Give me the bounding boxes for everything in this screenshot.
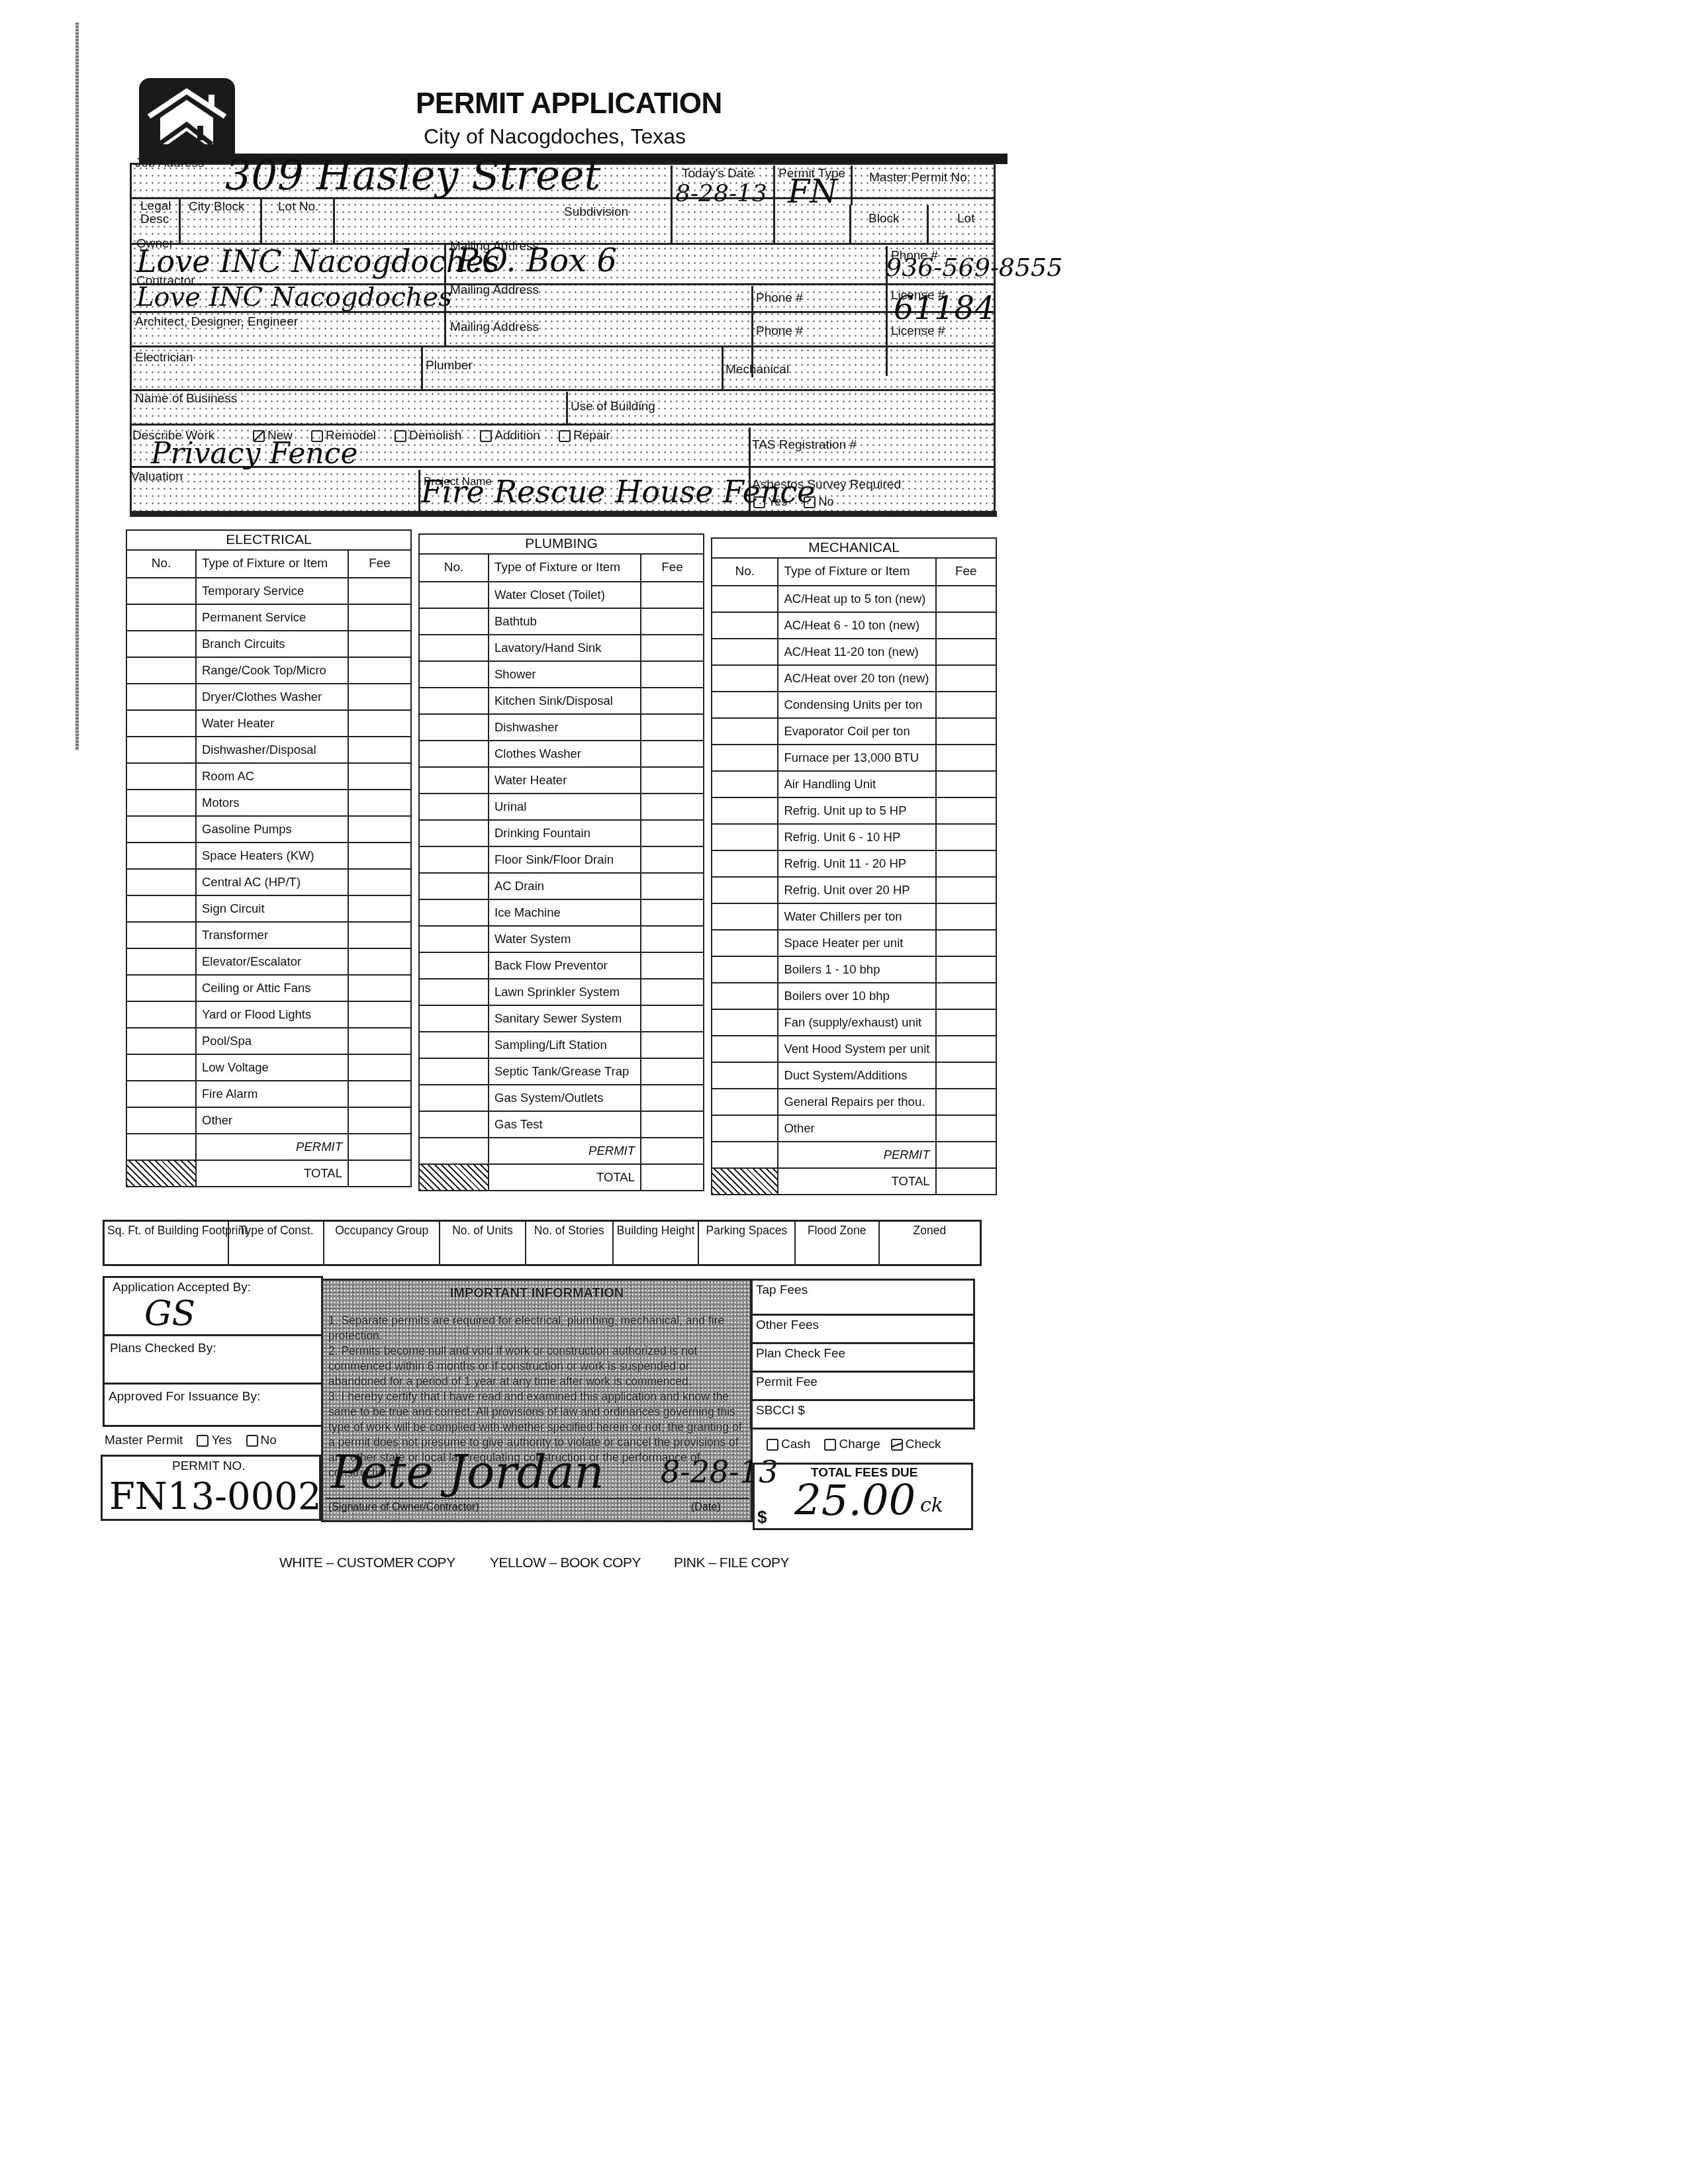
mechanical-total-fee-cell[interactable] <box>936 1168 996 1195</box>
electrical-item-label: Branch Circuits <box>196 631 348 657</box>
plumbing-no-cell[interactable] <box>419 1085 489 1111</box>
mechanical-no-cell[interactable] <box>712 850 778 877</box>
mechanical-fee-cell[interactable] <box>936 639 996 665</box>
hatched-cell <box>126 1160 196 1187</box>
electrical-no-cell[interactable] <box>126 1107 196 1134</box>
total-label: TOTAL <box>778 1168 935 1195</box>
mechanical-fee-cell[interactable] <box>936 903 996 930</box>
hatched-cell <box>712 1168 778 1195</box>
mechanical-fee-cell[interactable] <box>936 824 996 850</box>
electrical-no-cell[interactable] <box>126 1028 196 1054</box>
todays-date-field[interactable]: 8-28-13 <box>675 180 767 207</box>
master-permit-label: Master Permit <box>105 1433 183 1447</box>
electrical-item-label: Central AC (HP/T) <box>196 869 348 895</box>
plumbing-no-cell[interactable] <box>419 952 489 979</box>
electrical-fee-cell[interactable] <box>348 763 411 790</box>
plumbing-no-cell[interactable] <box>419 582 489 608</box>
fee-row-other-fees[interactable]: Other Fees <box>750 1316 975 1344</box>
table-row: Shower <box>419 661 704 688</box>
plumbing-no-cell[interactable] <box>419 899 489 926</box>
mechanical-fee-cell[interactable] <box>936 983 996 1009</box>
subdivision-label: Subdivision <box>564 205 628 220</box>
page-subtitle: City of Nacogdoches, Texas <box>424 124 686 149</box>
electrical-section-title: ELECTRICAL <box>126 530 411 550</box>
mechanical-no-cell[interactable] <box>712 877 778 903</box>
option-repair[interactable]: Repair <box>559 429 610 443</box>
electrical-item-label: Yard or Flood Lights <box>196 1001 348 1028</box>
electrical-fee-cell[interactable] <box>348 869 411 895</box>
electrical-item-label: Dishwasher/Disposal <box>196 737 348 763</box>
plumbing-item-label: Sanitary Sewer System <box>489 1005 641 1032</box>
electrical-fee-cell[interactable] <box>348 975 411 1001</box>
mechanical-no-cell[interactable] <box>712 983 778 1009</box>
plans-checked-label: Plans Checked By: <box>110 1342 216 1356</box>
plumbing-no-cell[interactable] <box>419 608 489 635</box>
mechanical-no-cell[interactable] <box>712 665 778 692</box>
plumbing-fee-cell[interactable] <box>641 767 704 794</box>
table-row: Clothes Washer <box>419 741 704 767</box>
electrical-fee-cell[interactable] <box>348 631 411 657</box>
electrical-no-cell[interactable] <box>126 895 196 922</box>
electrical-fee-cell[interactable] <box>348 1081 411 1107</box>
electrical-item-label: Space Heaters (KW) <box>196 842 348 869</box>
mechanical-no-cell[interactable] <box>712 824 778 850</box>
plumbing-item-label: Drinking Fountain <box>489 820 641 846</box>
important-item-2: 2. Permits become null and void if work … <box>328 1343 745 1389</box>
table-row: Lawn Sprinkler System <box>419 979 704 1005</box>
job-address-field[interactable]: 309 Hasley Street <box>225 151 600 199</box>
electrical-no-cell[interactable] <box>126 763 196 790</box>
owner-mailing-field[interactable]: P.O. Box 6 <box>457 242 617 279</box>
mechanical-label: Mechanical <box>726 363 789 377</box>
electrical-fee-cell[interactable] <box>348 684 411 710</box>
table-row: Other <box>126 1107 411 1134</box>
total-label: TOTAL <box>196 1160 348 1187</box>
plumbing-fee-cell[interactable] <box>641 1085 704 1111</box>
plumbing-item-label: Urinal <box>489 794 641 820</box>
mechanical-fee-cell[interactable] <box>936 930 996 956</box>
table-row: Yard or Flood Lights <box>126 1001 411 1028</box>
electrical-item-label: Room AC <box>196 763 348 790</box>
todays-date-label: Today's Date <box>682 167 754 181</box>
plumbing-no-cell[interactable] <box>419 1058 489 1085</box>
plumbing-no-cell[interactable] <box>419 873 489 899</box>
table-row: Septic Tank/Grease Trap <box>419 1058 704 1085</box>
electrical-fee-cell[interactable] <box>348 578 411 604</box>
plumbing-fee-cell[interactable] <box>641 952 704 979</box>
approved-cell: Approved For Issuance By: <box>105 1385 321 1427</box>
owner-signature[interactable]: Pete Jordan <box>331 1445 604 1499</box>
mechanical-fee-cell[interactable] <box>936 877 996 903</box>
electrical-fee-cell[interactable] <box>348 1107 411 1134</box>
electrical-item-label: Gasoline Pumps <box>196 816 348 842</box>
table-row: Other <box>712 1115 996 1142</box>
electrical-fee-cell[interactable] <box>348 922 411 948</box>
plumbing-item-label: AC Drain <box>489 873 641 899</box>
plumbing-section-title: PLUMBING <box>419 534 704 554</box>
col-no-header: No. <box>712 558 778 586</box>
plumbing-fee-cell[interactable] <box>641 846 704 873</box>
total-row: TOTAL <box>126 1160 411 1187</box>
checkbox-icon[interactable] <box>824 1439 836 1451</box>
hatched-cell <box>419 1164 489 1191</box>
col-no-header: No. <box>419 554 489 582</box>
plumbing-fee-cell[interactable] <box>641 741 704 767</box>
mechanical-fee-cell[interactable] <box>936 586 996 612</box>
permit-type-field[interactable]: FN <box>788 173 837 210</box>
plumbing-no-cell[interactable] <box>419 794 489 820</box>
fee-row-tap-fees[interactable]: Tap Fees <box>750 1279 975 1316</box>
electrical-no-cell[interactable] <box>126 710 196 737</box>
table-row: Space Heater per unit <box>712 930 996 956</box>
mechanical-item-label: Refrig. Unit 11 - 20 HP <box>778 850 935 877</box>
fee-row-sbcci[interactable]: SBCCI $ <box>750 1401 975 1430</box>
electrical-fee-cell[interactable] <box>348 737 411 763</box>
plumbing-item-label: Water System <box>489 926 641 952</box>
electrical-table: ELECTRICALNo.Type of Fixture or ItemFeeT… <box>126 529 412 1187</box>
checkbox-icon[interactable] <box>767 1439 778 1451</box>
plumbing-fee-cell[interactable] <box>641 1032 704 1058</box>
table-row: Water Heater <box>419 767 704 794</box>
important-information-title: IMPORTANT INFORMATION <box>323 1286 751 1301</box>
mechanical-item-label: AC/Heat 11-20 ton (new) <box>778 639 935 665</box>
electrical-fee-cell[interactable] <box>348 816 411 842</box>
electrical-no-cell[interactable] <box>126 948 196 975</box>
mechanical-fee-cell[interactable] <box>936 797 996 824</box>
plumber-label: Plumber <box>426 359 473 373</box>
table-row: Ice Machine <box>419 899 704 926</box>
mechanical-no-cell[interactable] <box>712 612 778 639</box>
plumbing-fee-cell[interactable] <box>641 661 704 688</box>
col-type-header: Type of Fixture or Item <box>778 558 935 586</box>
plumbing-no-cell[interactable] <box>419 846 489 873</box>
table-row: Vent Hood System per unit <box>712 1036 996 1062</box>
mechanical-fee-cell[interactable] <box>936 745 996 771</box>
mechanical-fee-cell[interactable] <box>936 956 996 983</box>
electrical-item-label: Other <box>196 1107 348 1134</box>
mechanical-item-label: AC/Heat 6 - 10 ton (new) <box>778 612 935 639</box>
table-row: Water Closet (Toilet) <box>419 582 704 608</box>
mechanical-item-label: Condensing Units per ton <box>778 692 935 718</box>
plumbing-table: PLUMBINGNo.Type of Fixture or ItemFeeWat… <box>418 533 704 1191</box>
mechanical-fee-cell[interactable] <box>936 1062 996 1089</box>
checkbox-icon[interactable] <box>559 430 571 442</box>
checkbox-icon[interactable] <box>395 430 406 442</box>
electrical-item-label: Dryer/Clothes Washer <box>196 684 348 710</box>
mechanical-section-title: MECHANICAL <box>712 538 996 558</box>
building-field-occupancy-group[interactable]: Occupancy Group <box>324 1222 440 1264</box>
table-row: Water System <box>419 926 704 952</box>
electrical-no-cell[interactable] <box>126 975 196 1001</box>
plumbing-fee-cell[interactable] <box>641 820 704 846</box>
plumbing-fee-cell[interactable] <box>641 1111 704 1138</box>
total-fees-field[interactable]: 25.00 <box>794 1477 915 1525</box>
electrical-no-cell[interactable] <box>126 604 196 631</box>
mechanical-fee-cell[interactable] <box>936 771 996 797</box>
mechanical-no-cell[interactable] <box>712 718 778 745</box>
plumbing-no-cell[interactable] <box>419 714 489 741</box>
payment-cash[interactable]: Cash <box>767 1437 810 1451</box>
important-item-1: 1. Separate permits are required for ele… <box>328 1313 745 1343</box>
building-field-zoned[interactable]: Zoned <box>880 1222 980 1264</box>
plumbing-total-fee-cell[interactable] <box>641 1164 704 1191</box>
plumbing-no-cell[interactable] <box>419 741 489 767</box>
electrical-fee-cell[interactable] <box>348 1054 411 1081</box>
plumbing-fee-cell[interactable] <box>641 688 704 714</box>
plumbing-item-label: Lavatory/Hand Sink <box>489 635 641 661</box>
electrical-no-cell[interactable] <box>126 869 196 895</box>
electrical-item-label: Fire Alarm <box>196 1081 348 1107</box>
mechanical-fee-cell[interactable] <box>936 692 996 718</box>
building-field-type-of-const[interactable]: Type of Const. <box>229 1222 324 1264</box>
building-field-no-of-stories[interactable]: No. of Stories <box>526 1222 614 1264</box>
fee-row-permit-fee[interactable]: Permit Fee <box>750 1373 975 1401</box>
plumbing-item-label: Dishwasher <box>489 714 641 741</box>
electrical-fee-cell[interactable] <box>348 604 411 631</box>
work-description-field[interactable]: Privacy Fence <box>151 437 357 471</box>
checkbox-icon[interactable] <box>804 496 816 508</box>
mechanical-fee-cell[interactable] <box>936 1115 996 1142</box>
date-label: (Date) <box>691 1502 720 1514</box>
plumbing-no-cell[interactable] <box>419 1111 489 1138</box>
electrical-no-cell[interactable] <box>126 790 196 816</box>
checkbox-icon[interactable] <box>753 496 765 508</box>
table-row: Gasoline Pumps <box>126 816 411 842</box>
mechanical-item-label: General Repairs per thou. <box>778 1089 935 1115</box>
col-no-header: No. <box>126 550 196 578</box>
electrical-item-label: Elevator/Escalator <box>196 948 348 975</box>
plumbing-fee-cell[interactable] <box>641 899 704 926</box>
electrical-fee-cell[interactable] <box>348 790 411 816</box>
mechanical-item-label: AC/Heat over 20 ton (new) <box>778 665 935 692</box>
owner-phone-field[interactable]: 936-569-8555 <box>886 253 1062 282</box>
building-field-building-height[interactable]: Building Height <box>614 1222 699 1264</box>
mechanical-no-cell[interactable] <box>712 639 778 665</box>
electrical-item-label: Range/Cook Top/Micro <box>196 657 348 684</box>
asbestos-yes-option[interactable]: Yes <box>753 495 787 508</box>
payment-check[interactable]: Check <box>891 1437 941 1451</box>
electrical-fee-cell[interactable] <box>348 1028 411 1054</box>
plumbing-no-cell[interactable] <box>419 635 489 661</box>
legal-desc-label: Legal Desc <box>140 200 173 226</box>
electrical-permit-fee-cell[interactable] <box>348 1134 411 1160</box>
table-row: Gas System/Outlets <box>419 1085 704 1111</box>
electrical-total-fee-cell[interactable] <box>348 1160 411 1187</box>
electrical-no-cell[interactable] <box>126 657 196 684</box>
mechanical-item-label: Furnace per 13,000 BTU <box>778 745 935 771</box>
payment-charge[interactable]: Charge <box>824 1437 880 1451</box>
electrical-item-label: Motors <box>196 790 348 816</box>
plumbing-fee-cell[interactable] <box>641 926 704 952</box>
mechanical-no-cell[interactable] <box>712 692 778 718</box>
mechanical-item-label: Boilers 1 - 10 bhp <box>778 956 935 983</box>
electrical-permit-no-cell[interactable] <box>126 1134 196 1160</box>
electrical-no-cell[interactable] <box>126 842 196 869</box>
table-row: General Repairs per thou. <box>712 1089 996 1115</box>
electrical-no-cell[interactable] <box>126 922 196 948</box>
mechanical-no-cell[interactable] <box>712 1062 778 1089</box>
table-row: Room AC <box>126 763 411 790</box>
mechanical-permit-fee-cell[interactable] <box>936 1142 996 1168</box>
electrical-fee-cell[interactable] <box>348 710 411 737</box>
table-row: Temporary Service <box>126 578 411 604</box>
building-field-flood-zone[interactable]: Flood Zone <box>796 1222 880 1264</box>
mechanical-item-label: Air Handling Unit <box>778 771 935 797</box>
table-row: Space Heaters (KW) <box>126 842 411 869</box>
asbestos-no-option[interactable]: No <box>804 495 833 508</box>
contractor-field[interactable]: Love INC Nacogdoches <box>136 282 452 312</box>
checkbox-icon[interactable] <box>480 430 492 442</box>
mechanical-fee-cell[interactable] <box>936 850 996 877</box>
plumbing-fee-cell[interactable] <box>641 873 704 899</box>
table-row: Elevator/Escalator <box>126 948 411 975</box>
mechanical-no-cell[interactable] <box>712 745 778 771</box>
plumbing-no-cell[interactable] <box>419 1005 489 1032</box>
table-row: Pool/Spa <box>126 1028 411 1054</box>
table-row: Refrig. Unit over 20 HP <box>712 877 996 903</box>
mechanical-no-cell[interactable] <box>712 930 778 956</box>
plumbing-fee-cell[interactable] <box>641 794 704 820</box>
plumbing-fee-cell[interactable] <box>641 714 704 741</box>
electrical-no-cell[interactable] <box>126 737 196 763</box>
building-field-no-of-units[interactable]: No. of Units <box>440 1222 526 1264</box>
plumbing-fee-cell[interactable] <box>641 1005 704 1032</box>
building-info-row: Sq. Ft. of Building FootprintType of Con… <box>103 1220 982 1266</box>
plumbing-no-cell[interactable] <box>419 661 489 688</box>
plumbing-fee-cell[interactable] <box>641 635 704 661</box>
table-row: Ceiling or Attic Fans <box>126 975 411 1001</box>
fee-row-plan-check-fee[interactable]: Plan Check Fee <box>750 1344 975 1373</box>
checkbox-checked-icon[interactable] <box>891 1439 903 1451</box>
electrical-no-cell[interactable] <box>126 1054 196 1081</box>
plumbing-permit-fee-cell[interactable] <box>641 1138 704 1164</box>
permit-row: PERMIT <box>126 1134 411 1160</box>
mechanical-item-label: Duct System/Additions <box>778 1062 935 1089</box>
mechanical-no-cell[interactable] <box>712 1036 778 1062</box>
building-field-sq-ft-of-building-footprint[interactable]: Sq. Ft. of Building Footprint <box>105 1222 229 1264</box>
plumbing-no-cell[interactable] <box>419 688 489 714</box>
table-row: Central AC (HP/T) <box>126 869 411 895</box>
plumbing-fee-cell[interactable] <box>641 979 704 1005</box>
electrical-fee-cell[interactable] <box>348 895 411 922</box>
table-row: Bathtub <box>419 608 704 635</box>
electrical-no-cell[interactable] <box>126 684 196 710</box>
plumbing-item-label: Back Flow Preventor <box>489 952 641 979</box>
plumbing-item-label: Sampling/Lift Station <box>489 1032 641 1058</box>
mechanical-item-label: Refrig. Unit up to 5 HP <box>778 797 935 824</box>
mechanical-item-label: Other <box>778 1115 935 1142</box>
electrical-no-cell[interactable] <box>126 578 196 604</box>
plumbing-no-cell[interactable] <box>419 1032 489 1058</box>
house-logo-icon <box>139 78 235 156</box>
plumbing-no-cell[interactable] <box>419 820 489 846</box>
plumbing-fee-cell[interactable] <box>641 582 704 608</box>
plumbing-fee-cell[interactable] <box>641 608 704 635</box>
table-row: Dryer/Clothes Washer <box>126 684 411 710</box>
option-demolish[interactable]: Demolish <box>395 429 461 443</box>
mechanical-no-cell[interactable] <box>712 956 778 983</box>
plumbing-fee-cell[interactable] <box>641 1058 704 1085</box>
plumbing-item-label: Water Closet (Toilet) <box>489 582 641 608</box>
mechanical-table: MECHANICALNo.Type of Fixture or ItemFeeA… <box>711 537 997 1195</box>
master-permit-no[interactable]: No <box>246 1433 277 1447</box>
mechanical-no-cell[interactable] <box>712 797 778 824</box>
plumbing-no-cell[interactable] <box>419 979 489 1005</box>
checkbox-icon[interactable] <box>197 1435 209 1447</box>
mechanical-no-cell[interactable] <box>712 586 778 612</box>
city-block-label: City Block <box>189 200 244 214</box>
master-permit-yes[interactable]: Yes <box>197 1433 232 1447</box>
total-fees-note: ck <box>920 1494 943 1517</box>
plans-checked-cell: Plans Checked By: <box>105 1336 321 1385</box>
col-fee-header: Fee <box>641 554 704 582</box>
table-row: AC/Heat up to 5 ton (new) <box>712 586 996 612</box>
plumbing-item-label: Septic Tank/Grease Trap <box>489 1058 641 1085</box>
electrical-no-cell[interactable] <box>126 631 196 657</box>
mechanical-no-cell[interactable] <box>712 771 778 797</box>
plumbing-no-cell[interactable] <box>419 926 489 952</box>
mechanical-no-cell[interactable] <box>712 1115 778 1142</box>
electrical-no-cell[interactable] <box>126 1001 196 1028</box>
table-row: Condensing Units per ton <box>712 692 996 718</box>
mechanical-fee-cell[interactable] <box>936 665 996 692</box>
plumbing-permit-no-cell[interactable] <box>419 1138 489 1164</box>
signature-line <box>326 1498 749 1499</box>
electrical-no-cell[interactable] <box>126 1081 196 1107</box>
table-row: Sanitary Sewer System <box>419 1005 704 1032</box>
mechanical-fee-cell[interactable] <box>936 1036 996 1062</box>
mechanical-fee-cell[interactable] <box>936 612 996 639</box>
electrical-no-cell[interactable] <box>126 816 196 842</box>
col-fee-header: Fee <box>348 550 411 578</box>
checkbox-icon[interactable] <box>246 1435 258 1447</box>
name-of-business-label: Name of Business <box>135 392 237 406</box>
plumbing-no-cell[interactable] <box>419 767 489 794</box>
table-row: Transformer <box>126 922 411 948</box>
electrical-fee-cell[interactable] <box>348 842 411 869</box>
permit-row: PERMIT <box>419 1138 704 1164</box>
option-addition[interactable]: Addition <box>480 429 540 443</box>
electrical-fee-cell[interactable] <box>348 1001 411 1028</box>
electrical-item-label: Water Heater <box>196 710 348 737</box>
architect-label: Architect, Designer, Engineer <box>135 315 298 330</box>
job-address-label: Job Address <box>135 156 205 171</box>
accepted-by-field[interactable]: GS <box>144 1294 195 1334</box>
mechanical-fee-cell[interactable] <box>936 718 996 745</box>
table-row: Sampling/Lift Station <box>419 1032 704 1058</box>
table-row: Lavatory/Hand Sink <box>419 635 704 661</box>
electrical-fee-cell[interactable] <box>348 948 411 975</box>
electrical-fee-cell[interactable] <box>348 657 411 684</box>
mechanical-fee-cell[interactable] <box>936 1089 996 1115</box>
contractor-license-field[interactable]: 61184 <box>894 290 995 327</box>
electrical-item-label: Low Voltage <box>196 1054 348 1081</box>
permit-no-field[interactable]: FN13-00020 <box>109 1475 345 1518</box>
mechanical-item-label: Boilers over 10 bhp <box>778 983 935 1009</box>
mechanical-no-cell[interactable] <box>712 1089 778 1115</box>
mechanical-item-label: AC/Heat up to 5 ton (new) <box>778 586 935 612</box>
mechanical-permit-no-cell[interactable] <box>712 1142 778 1168</box>
mechanical-fee-cell[interactable] <box>936 1009 996 1036</box>
mechanical-no-cell[interactable] <box>712 903 778 930</box>
table-row: Floor Sink/Floor Drain <box>419 846 704 873</box>
electrical-item-label: Temporary Service <box>196 578 348 604</box>
fees-block: Tap FeesOther FeesPlan Check FeePermit F… <box>750 1279 975 1430</box>
mechanical-no-cell[interactable] <box>712 1009 778 1036</box>
mechanical-item-label: Evaporator Coil per ton <box>778 718 935 745</box>
master-permit-row: Master Permit Yes No <box>105 1433 277 1448</box>
building-field-parking-spaces[interactable]: Parking Spaces <box>699 1222 795 1264</box>
